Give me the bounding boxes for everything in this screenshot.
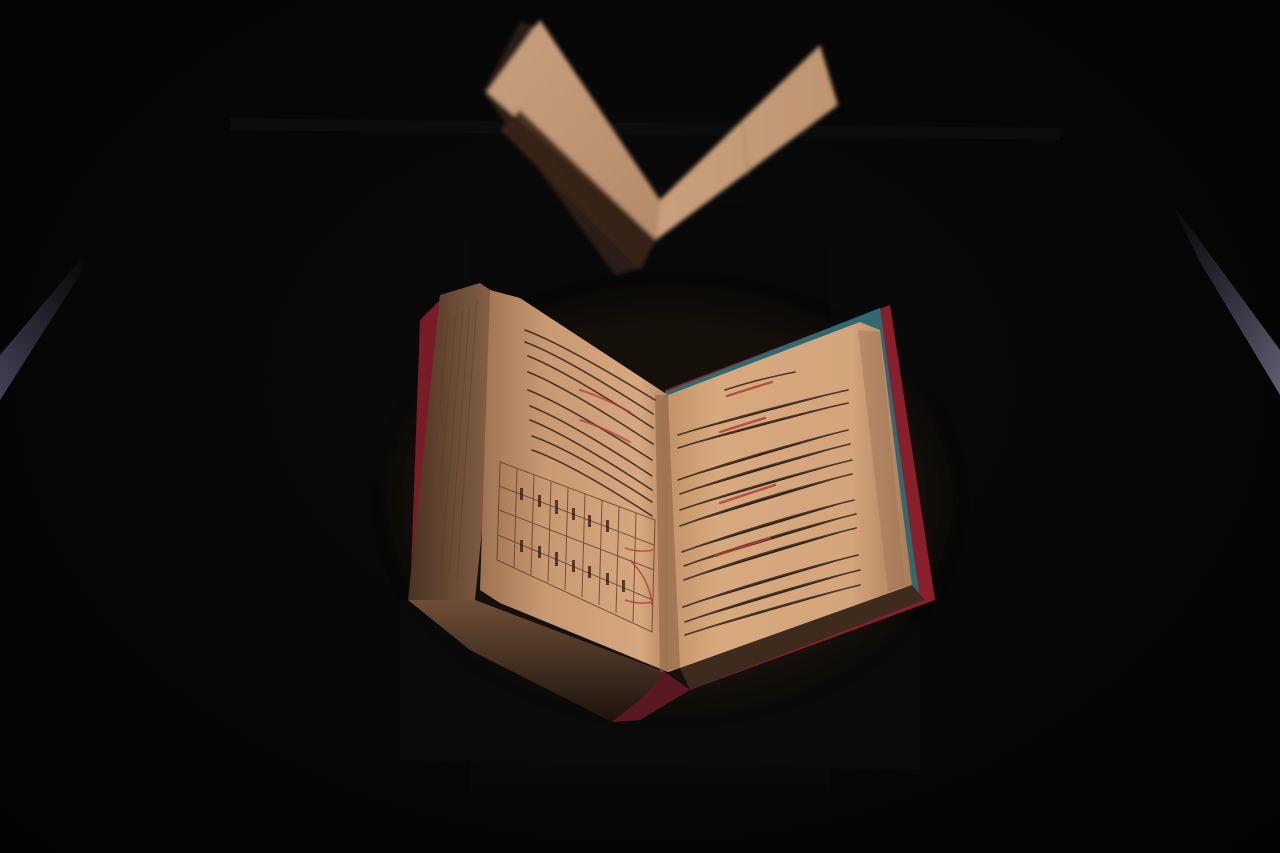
right-glass-reflection <box>1170 200 1280 395</box>
museum-display-photo: Two open antique manuscripts displayed o… <box>0 0 1280 853</box>
photo-canvas <box>0 0 1280 853</box>
left-glass-reflection <box>0 258 88 400</box>
